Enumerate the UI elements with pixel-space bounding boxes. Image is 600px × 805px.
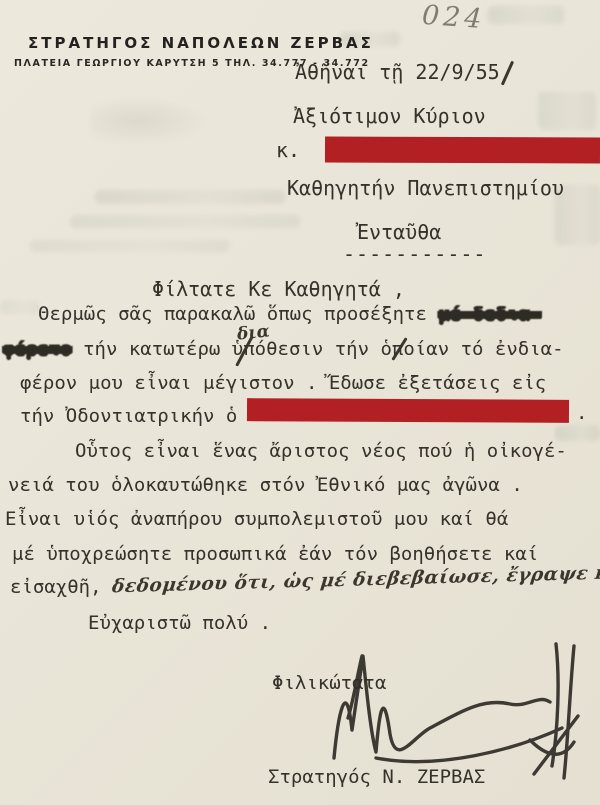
- body-line: Θερμῶς σᾶς παρακαλῶ ὅπως προσέξητε μέ δε…: [38, 303, 541, 325]
- salutation: Φίλτατε Κε Καθηγητά ,: [152, 277, 405, 301]
- body-text: .: [576, 402, 587, 424]
- bleed-through-mark: [95, 190, 285, 204]
- bleed-through-mark: [488, 6, 564, 24]
- body-line: μέ ὑποχρεώσητε προσωπικά ἐάν τόν βοηθήσε…: [12, 543, 538, 565]
- underline-dashes: -----------: [343, 242, 486, 266]
- redaction-bar-name: [247, 398, 569, 423]
- body-line: τήν Ὀδοντιατρικήν ὁ: [20, 405, 237, 427]
- redaction-bar-name: [325, 137, 600, 164]
- struck-text: μέ δεδια-: [438, 303, 541, 325]
- thanks-line: Εὐχαριστῶ πολύ .: [88, 612, 271, 634]
- letterhead-name: ΣΤΡΑΤΗΓΟΣ ΝΑΠΟΛΕΩΝ ΖΕΡΒΑΣ: [28, 34, 374, 52]
- addressee-line2: Καθηγητήν Πανεπιστημίου: [287, 176, 564, 200]
- bleed-through-mark: [538, 92, 596, 130]
- bleed-through-mark: [555, 425, 600, 441]
- addressee-line3: Ἐνταῦθα: [357, 220, 441, 244]
- bleed-through-mark: [30, 240, 230, 252]
- struck-text: φέρετο: [3, 338, 72, 360]
- body-text: Θερμῶς σᾶς παρακαλῶ ὅπως προσέξητε: [38, 303, 438, 325]
- body-text: τήν κατωτέρω ὑπόθεσιν τήν ὁποίαν τό ἐνδι…: [72, 338, 564, 360]
- body-line: φέρετο τήν κατωτέρω ὑπόθεσιν τήν ὁποίαν …: [3, 338, 564, 360]
- handwritten-note: δεδομένου ὅτι, ὡς μέ διεβεβαίωσε, ἔγραψε…: [111, 560, 600, 598]
- body-line: Οὗτος εἶναι ἕνας ἄριστος νέος πού ἡ οἰκο…: [75, 440, 567, 462]
- date-overstrike-mark: [501, 61, 514, 86]
- body-line: φέρον μου εἶναι μέγιστον . Ἔδωσε ἐξετάσε…: [20, 372, 546, 394]
- bleed-through-mark: [0, 300, 40, 314]
- addressee-line1: Ἀξιότιμον Κύριον: [293, 104, 486, 128]
- bleed-through-mark: [70, 215, 300, 228]
- addressee-prefix: κ.: [276, 138, 300, 162]
- scanned-letter: 024 ΣΤΡΑΤΗΓΟΣ ΝΑΠΟΛΕΩΝ ΖΕΡΒΑΣ ΠΛΑΤΕΙΑ ΓΕ…: [0, 0, 600, 805]
- signer-name: Στρατηγός Ν. ΖΕΡΒΑΣ: [268, 766, 485, 788]
- body-line: νειά του ὁλοκαυτώθηκε στόν Ἐθνικό μας ἀγ…: [8, 474, 523, 496]
- pencil-page-number: 024: [421, 0, 487, 35]
- date-line: Ἀθῆναι τῇ 22/9/55: [295, 60, 500, 84]
- body-line: Εἶναι υἱός ἀναπήρου συμπολεμιστοῦ μου κα…: [5, 508, 508, 530]
- body-line: εἰσαχθῆ,: [10, 576, 102, 598]
- bleed-through-mark: [90, 96, 210, 146]
